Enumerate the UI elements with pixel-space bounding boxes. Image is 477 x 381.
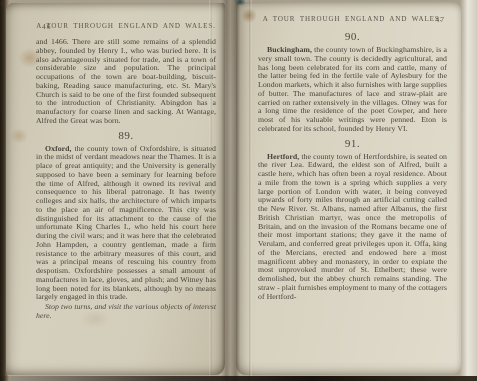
- page-crease-right: [249, 0, 252, 381]
- paragraph-oxford-lead: Oxford,: [45, 144, 72, 153]
- travel-instruction-note: Stop two turns, and visit the various ob…: [36, 303, 216, 321]
- paragraph-buckingham: Buckingham, the county town of Buckingha…: [258, 46, 447, 134]
- running-title-right: A TOUR THROUGH ENGLAND AND WALES.: [258, 15, 447, 23]
- page-number-left: 46: [42, 22, 52, 31]
- paragraph-buckingham-body: the county town of Buckinghamshire, is a…: [258, 45, 447, 133]
- paragraph-hertford: Hertford, the county town of Hertfordshi…: [258, 153, 447, 302]
- section-heading-91: 91.: [258, 138, 447, 150]
- page-header-right: A TOUR THROUGH ENGLAND AND WALES. 47: [258, 15, 447, 25]
- paragraph-oxford: Oxford, the county town of Oxfordshire, …: [36, 145, 216, 303]
- paragraph-hertford-body: the county town of Hertfordshire, is sea…: [258, 152, 447, 301]
- paragraph-buckingham-lead: Buckingham,: [267, 45, 312, 54]
- section-heading-90: 90.: [258, 31, 447, 43]
- page-number-right: 47: [436, 15, 446, 24]
- paragraph-hertford-lead: Hertford,: [267, 152, 299, 161]
- page-left: 46 A TOUR THROUGH ENGLAND AND WALES. and…: [6, 3, 225, 375]
- page-header-left: 46 A TOUR THROUGH ENGLAND AND WALES.: [36, 22, 216, 32]
- page-right: A TOUR THROUGH ENGLAND AND WALES. 47 90.…: [236, 2, 461, 375]
- book-gutter-shadow: [221, 0, 240, 381]
- section-heading-89: 89.: [36, 130, 216, 142]
- paragraph-oxford-body: the county town of Oxfordshire, is situa…: [36, 144, 216, 302]
- page-crease-left: [209, 0, 212, 381]
- paragraph-abingdon-continuation: and 1466. There are still some remains o…: [36, 38, 216, 126]
- corner-smudge: [0, 0, 14, 18]
- book-bottom-edge-shadow: [0, 376, 477, 381]
- running-title-left: A TOUR THROUGH ENGLAND AND WALES.: [36, 22, 216, 30]
- page-fore-edge: [460, 0, 477, 377]
